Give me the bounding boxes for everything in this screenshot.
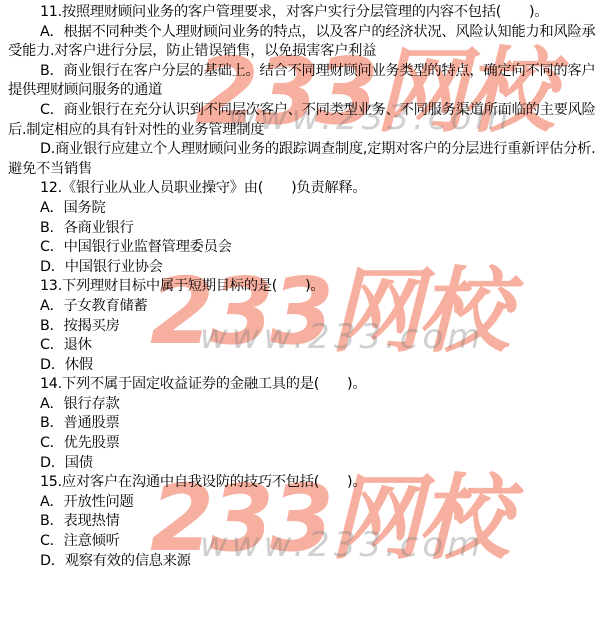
option-d: D．休假: [8, 356, 596, 376]
option-c: C．优先股票: [8, 434, 596, 454]
option-b: B．按揭买房: [8, 317, 596, 337]
question-number: 15.: [40, 474, 62, 490]
option-b: B．商业银行在客户分层的基础上。结合不同理财顾问业务类型的特点，确定向不同的客户…: [8, 62, 596, 101]
option-d: D.商业银行应建立个人理财顾问业务的跟踪调查制度,定期对客户的分层进行重新评估分…: [8, 140, 596, 179]
option-d: D．国债: [8, 454, 596, 474]
question-stem: 12.《银行业从业人员职业操守》由( )负责解释。: [8, 179, 596, 199]
option-d: D．观察有效的信息来源: [8, 552, 596, 572]
question-13: 13.下列理财目标中属于短期目标的是( )。 A．子女教育储蓄 B．按揭买房 C…: [8, 277, 596, 375]
question-15: 15.应对客户在沟通中自我设防的技巧不包括( )。 A．开放性问题 B．表现热情…: [8, 473, 596, 571]
question-text: 下列理财目标中属于短期目标的是( )。: [62, 278, 325, 294]
question-text: 应对客户在沟通中自我设防的技巧不包括( )。: [62, 474, 367, 490]
option-b: B．表现热情: [8, 512, 596, 532]
option-b: B．各商业银行: [8, 219, 596, 239]
question-12: 12.《银行业从业人员职业操守》由( )负责解释。 A．国务院 B．各商业银行 …: [8, 179, 596, 277]
question-14: 14.下列不属于固定收益证券的金融工具的是( )。 A．银行存款 B．普通股票 …: [8, 375, 596, 473]
option-a: A．根据不同种类个人理财顾问业务的特点，以及客户的经济状况、风险认知能力和风险承…: [8, 23, 596, 62]
question-stem: 11.按照理财顾问业务的客户管理要求，对客户实行分层管理的内容不包括( )。: [8, 3, 596, 23]
question-11: 11.按照理财顾问业务的客户管理要求，对客户实行分层管理的内容不包括( )。 A…: [8, 3, 596, 179]
option-a: A．银行存款: [8, 395, 596, 415]
question-stem: 14.下列不属于固定收益证券的金融工具的是( )。: [8, 375, 596, 395]
question-stem: 15.应对客户在沟通中自我设防的技巧不包括( )。: [8, 473, 596, 493]
question-text: 《银行业从业人员职业操守》由( )负责解释。: [62, 180, 367, 196]
option-a: A．国务院: [8, 199, 596, 219]
question-number: 11.: [40, 4, 62, 20]
question-number: 14.: [40, 376, 62, 392]
question-number: 12.: [40, 180, 62, 196]
option-c: C．商业银行在充分认识到不同层次客户、不同类型业务、不同服务渠道所面临的主要风险…: [8, 101, 596, 140]
question-stem: 13.下列理财目标中属于短期目标的是( )。: [8, 277, 596, 297]
option-a: A．开放性问题: [8, 493, 596, 513]
question-text: 下列不属于固定收益证券的金融工具的是( )。: [62, 376, 367, 392]
option-d: D．中国银行业协会: [8, 258, 596, 278]
option-c: C．注意倾听: [8, 532, 596, 552]
option-c: C．退休: [8, 336, 596, 356]
option-b: B．普通股票: [8, 414, 596, 434]
question-number: 13.: [40, 278, 62, 294]
question-text: 按照理财顾问业务的客户管理要求，对客户实行分层管理的内容不包括( )。: [62, 4, 548, 20]
exam-document: 11.按照理财顾问业务的客户管理要求，对客户实行分层管理的内容不包括( )。 A…: [8, 3, 596, 571]
option-a: A．子女教育储蓄: [8, 297, 596, 317]
option-c: C．中国银行业监督管理委员会: [8, 238, 596, 258]
